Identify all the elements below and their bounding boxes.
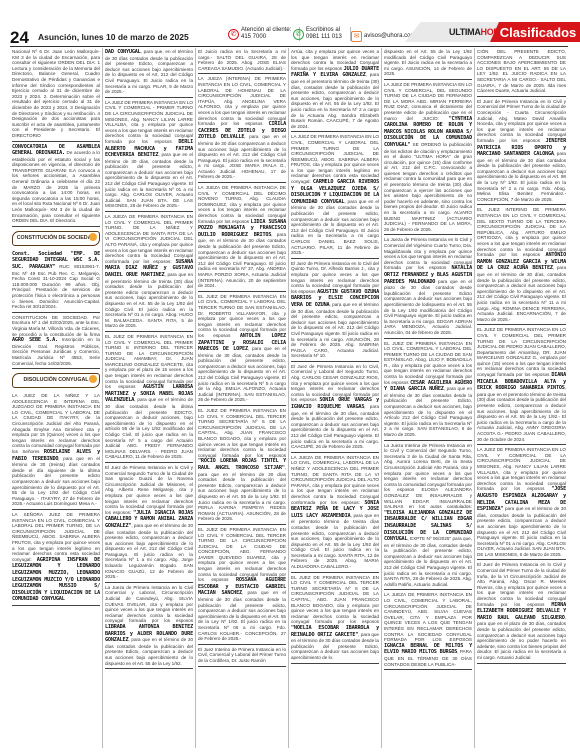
classified-ad: CONVOCATORIA DE ASAMBLEA GENERAL ORDINAR… xyxy=(12,143,100,227)
classified-ad: CONSTITUCION DE SOCIEDAD. Por Escritura … xyxy=(12,314,100,369)
banner-label: DISOLUCIÓN CONYUGAL xyxy=(23,378,88,384)
ad-text: El Juicio radica en la Secretaría a mi c… xyxy=(198,49,286,71)
column-1: Nacional Nº 6 Dr. Juan León Mallorquín- … xyxy=(10,48,103,748)
ad-text: EL JUEZ DE PRIMERA INSTANCIA EN LO CIVIL… xyxy=(198,527,286,582)
ad-text: , EXPTE Nº 06/2025" para que, en el térm… xyxy=(384,536,472,587)
column-2: DAD CONYUGAL, para que, en el término de… xyxy=(103,48,196,748)
classified-ad: EL JUEZ DE PRIMERA INSTANCIA EN LO CIVIL… xyxy=(105,333,193,463)
ad-text: EL JUEZ DE PRIMERA INSTANCIA EN LO CIVIL… xyxy=(105,334,193,389)
column-6: CIÓN DEL PRESENTE EDICTO, COMPAREZCAN A … xyxy=(475,48,568,748)
classified-ad: LA JUEZA (INTERINA) DE PRIMERA INSTANCIA… xyxy=(198,75,286,183)
classified-ad: La Jueza de Primera Instancia en lo Civi… xyxy=(384,236,472,338)
classified-ad: LA JUEZA DE PRIMERA INSTANCIA EN LO CIVI… xyxy=(291,454,379,573)
ad-text: LA JUEZA DE PRIMERA INSTANCIA EN LO CIVI… xyxy=(105,214,193,264)
ad-text: LA JUEZA (INTERINA) DE PRIMERA INSTANCIA… xyxy=(198,76,286,126)
ad-text: , para que en el término de 30 días cont… xyxy=(291,199,379,255)
ad-text: El Juez de Primera Instancia en lo Civil… xyxy=(105,465,193,515)
classified-ad: LA JUEZ DE PRIMERA INSTANCIA EN LO CIVIL… xyxy=(291,133,379,258)
classified-ad: LA JUEZ DE LA NIÑEZ Y LA ADOLESCENCIA E … xyxy=(12,392,100,510)
ad-text: , para que en el término de 30 días, con… xyxy=(105,152,193,208)
classified-ad: LA JUEZ DE PRIMERA INSTANCIA EN LO CIVIL… xyxy=(477,446,566,560)
ad-text: , para que en el término de 30 días cont… xyxy=(384,386,472,437)
ad-text: , para que en el término de 30 días cont… xyxy=(198,590,286,641)
ad-text: EL JUEZ DE PRIMERA INSTANCIA EN LO CIVIL… xyxy=(384,341,472,385)
ad-highlight-names: AGRIPINA INSFRAN DE LEGUIZAMON Y LEONARD… xyxy=(12,557,100,603)
whatsapp-icon: ✆ xyxy=(293,29,304,40)
ad-text: , para que en el perentorio término de t… xyxy=(291,72,379,128)
classified-ad: LA JUEZ DE PRIMERA INSTANCIA EN LO CIVIL… xyxy=(384,81,472,235)
ad-text: RUC: 80153961-7. Esc Nº 49 Esc Pub Rec. … xyxy=(12,264,100,309)
column-3: El Juicio radica en la Secretaría a mi c… xyxy=(196,48,289,748)
ad-text: La Jueza de Primera Instancia en lo Civi… xyxy=(105,585,193,624)
banner-decoration-icon xyxy=(89,375,97,383)
ad-text: CONSTITUCION DE SOCIEDAD. Por Escritura … xyxy=(12,315,100,337)
ad-text: LA JUEZ DE PRIMERA INSTANCIA EN LO CIVIL… xyxy=(477,447,566,491)
ad-text: LA JUEZ DE LA NIÑEZ Y LA ADOLESCENCIA E … xyxy=(12,393,100,454)
ad-text: El Juez Interino de Primera Instancia en… xyxy=(198,647,286,663)
ad-text: dispuesto en el Art. 55 de la Ley 1/92 m… xyxy=(384,49,472,76)
classified-ad: El Juez Interino de Primera Instancia en… xyxy=(198,646,286,667)
ad-text: , para que en el término de 30 días, con… xyxy=(198,346,286,402)
classified-ad: LA JUEZA DE PRIMERA INSTANCIA EN LO CIVI… xyxy=(384,591,472,670)
classified-ad: El Juez de Primera Instancia en lo Civil… xyxy=(477,98,566,206)
classified-ad: EL JUEZ DE PRIMERA INSTANCIA EN LO CIVIL… xyxy=(291,574,379,664)
classified-ad: El Juez de Primera Instancia en lo Civil… xyxy=(291,363,379,453)
classified-ad: Const. Sociedad "EMP. DE SEGURIDAD INTEG… xyxy=(12,250,100,313)
ad-text: para que en el término de 30 días, conta… xyxy=(477,506,566,557)
ad-text: De acuerdo a lo establecido por el estat… xyxy=(12,150,100,223)
category-banner-disolucion: DISOLUCIÓN CONYUGAL xyxy=(12,373,100,388)
classified-ad: dispuesto en el Art. 55 de la Ley 1/92 m… xyxy=(384,48,472,80)
classified-ad: CIÓN DEL PRESENTE EDICTO, COMPAREZCAN A … xyxy=(477,48,566,97)
ad-text: , para que en el término de 30 días cont… xyxy=(198,465,286,521)
column-5: dispuesto en el Art. 55 de la Ley 1/92 m… xyxy=(382,48,475,748)
classified-ad: El Juez de Primera Instancia en lo Civil… xyxy=(477,561,566,663)
ad-text: EL JUEZ DE PRIMERA INSTANCIA EN LO CIVIL… xyxy=(477,327,566,377)
banner-decoration-icon xyxy=(89,233,97,241)
ad-text: LA JUEZ DE PRIMERA INSTANCIA EN LO CIVIL… xyxy=(291,134,379,184)
classifieds-columns: Nacional Nº 6 Dr. Juan León Mallorquín- … xyxy=(10,48,570,748)
ad-text: LA SEÑORA JUEZ DE PRIMERA INSTANCIA EN L… xyxy=(12,512,100,562)
category-banner-constitucion: CONSTITUCIÓN DE SOCIEDAD xyxy=(12,231,100,246)
classified-ad: Nacional Nº 6 Dr. Juan León Mallorquín- … xyxy=(12,48,100,142)
classified-ad: DAD CONYUGAL, para que, en el término de… xyxy=(105,48,193,98)
ad-text: La Jueza Interina de Primera Instancia e… xyxy=(384,443,472,510)
ad-text: LA JUEZ DE PRIMERA INSTANCIA EN LO CIVIL… xyxy=(105,100,193,144)
ad-text: LA JUEZA DE PRIMERA INSTANCIA EN LO CIVI… xyxy=(291,455,379,505)
ad-text: , para que en el término de 30 días cont… xyxy=(105,523,193,579)
ad-text: Nacional Nº 6 Dr. Juan León Mallorquín- … xyxy=(12,49,100,138)
classified-ad: La Jueza Interina de Primera Instancia e… xyxy=(384,442,472,591)
classified-ad: EL JUEZ DE PRIMERA INSTANCIA EN LO CIVIL… xyxy=(384,340,472,441)
ad-text: , para que en el perentorio término de t… xyxy=(291,513,379,569)
page-header: 24 Asunción, lunes 10 de marzo de 2025 ✆… xyxy=(0,0,580,46)
ad-highlight-names: AGRO SEBE S.A. xyxy=(12,337,58,343)
ad-text: EL JUEZ DE PRIMERA INSTANCIA EN LO CIVIL… xyxy=(198,294,286,338)
ad-highlight-names: DAD CONYUGAL xyxy=(105,49,141,55)
section-title: Clasificados xyxy=(490,22,580,42)
ad-text: , para que, en el término de 30 días, co… xyxy=(291,404,379,449)
banner-label: CONSTITUCIÓN DE SOCIEDAD xyxy=(17,236,96,242)
ad-text: CIÓN DEL PRESENTE EDICTO, COMPAREZCAN A … xyxy=(477,49,566,93)
column-4: Arrúa, cita y emplaza por quince veces a… xyxy=(289,48,382,748)
ad-text: , para que en el perentorio término de t… xyxy=(477,385,566,441)
page-number: 24 xyxy=(10,28,29,48)
ad-text: SE ORDENÓ la publicación de los edictos … xyxy=(384,142,472,232)
ad-text: EL JUEZ INTERINO DE PRIMERA INSTANCIA EN… xyxy=(477,207,566,257)
ad-highlight-names: "ROCIO LORENA ROJAS TINTEL Y RAUL ANGEL … xyxy=(198,458,286,471)
brand-block: ULTIMAHORA Clasificados xyxy=(455,22,580,42)
classified-ad: LA JUEZA DE PRIMERA INSTANCIA DE CIVIL Y… xyxy=(198,184,286,292)
ad-text: , para que en el término de 30 días comp… xyxy=(198,134,286,179)
publication-date: Asunción, lunes 10 de marzo de 2025 xyxy=(38,32,189,42)
classified-ad: EL JUEZ DE PRIMERA INSTANCIA EN LO CIVIL… xyxy=(198,407,286,525)
header-divider xyxy=(10,46,568,47)
ad-text: , para que en el plazo de 30 días, conta… xyxy=(477,615,566,660)
classified-ad: Arrúa, cita y emplaza por quince veces a… xyxy=(291,48,379,132)
ad-text: para que en el plazo de 30 días contados… xyxy=(384,279,472,335)
phone-number: 415 7000 xyxy=(241,34,266,40)
contact-label: Escribinos al xyxy=(306,27,340,33)
ad-text: LA JUEZA DE PRIMERA INSTANCIA EN LO CIVI… xyxy=(384,592,472,642)
classified-ad: LA SEÑORA JUEZ DE PRIMERA INSTANCIA EN L… xyxy=(12,511,100,606)
phone-icon: ✆ xyxy=(228,29,239,40)
ad-text: , para que en el término de 30 días cont… xyxy=(105,397,193,459)
ad-text: , para que en el término de 30 días, con… xyxy=(477,265,566,321)
classified-ad: EL JUEZ DE PRIMERA INSTANCIA EN LO CIVIL… xyxy=(198,293,286,406)
classified-ad: LA JUEZA DE PRIMERA INSTANCIA EN LO CIVI… xyxy=(105,213,193,332)
mail-icon: ✉ xyxy=(351,31,362,42)
classified-ad: El Juicio radica en la Secretaría a mi c… xyxy=(198,48,286,74)
classified-ad: EL JUEZ DE PRIMERA INSTANCIA EN LO CIVIL… xyxy=(477,326,566,445)
classified-ad: El Juez de Primera Instancia en lo Civil… xyxy=(291,260,379,362)
classified-ad: La Jueza de Primera Instancia en lo Civi… xyxy=(105,584,193,669)
ad-text: , para que, en el término de 30 días con… xyxy=(105,49,193,94)
ad-text: EL JUEZ DE PRIMERA INSTANCIA EN LO CIVIL… xyxy=(198,408,286,458)
ad-text: , para que, en el término de 30 días con… xyxy=(198,232,286,288)
classified-ad: EL JUEZ DE PRIMERA INSTANCIA EN LO CIVIL… xyxy=(198,526,286,645)
ad-text: , para que en el término de 30 días, con… xyxy=(291,302,379,358)
classified-ad: El Juez de Primera Instancia en lo Civil… xyxy=(105,464,193,583)
whatsapp-contact: ✆ Escribinos al0981 111 013 xyxy=(293,27,351,41)
ad-text: , para que en el término de 30 (treinta)… xyxy=(12,456,100,507)
whatsapp-number: 0981 111 013 xyxy=(306,34,342,40)
contact-label: Atención al cliente: xyxy=(241,27,291,33)
customer-service-contact: ✆ Atención al cliente:415 7000 xyxy=(228,27,300,41)
ad-text: El Juez de Primera Instancia en lo Civil… xyxy=(477,99,566,143)
classified-ad: LA JUEZ DE PRIMERA INSTANCIA EN LO CIVIL… xyxy=(105,99,193,212)
ad-text: EL JUEZ DE PRIMERA INSTANCIA EN LO CIVIL… xyxy=(291,575,379,625)
ad-text: El Juez de Primera Instancia en lo Civil… xyxy=(477,562,566,606)
classified-ad: EL JUEZ INTERINO DE PRIMERA INSTANCIA EN… xyxy=(477,206,566,325)
ad-text: , para que en el término de 30 días cont… xyxy=(477,151,566,202)
ad-text: , para que en el perentorio término de t… xyxy=(105,272,193,328)
